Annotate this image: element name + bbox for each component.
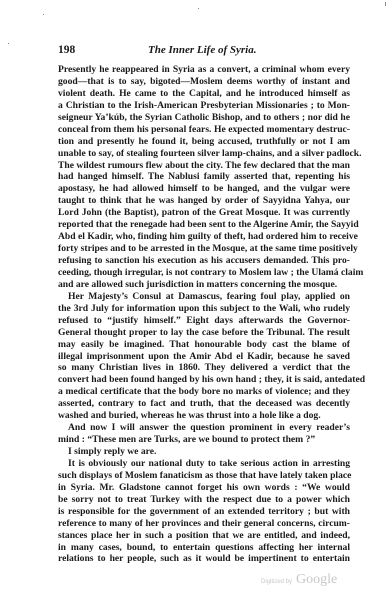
body-text: Presently he reappeared in Syria as a co…: [58, 64, 350, 565]
text-line: taught to think that he was hanged by or…: [58, 195, 350, 207]
text-line: Her Majesty’s Consul at Damascus, fearin…: [58, 291, 350, 303]
text-line: washed and buried, whereas he was thrust…: [58, 410, 350, 422]
text-line: conceal from them his personal fears. He…: [58, 124, 350, 136]
text-line: seigneur Ya’kúb, the Syrian Catholic Bis…: [58, 112, 350, 124]
scan-speck: [198, 8, 199, 9]
text-line: a medical certificate that the body bore…: [58, 386, 350, 398]
scan-speck: [43, 14, 44, 15]
text-line: Abd el Kadir, who, finding him guilty of…: [58, 231, 350, 243]
text-line: violent death. He came to the Capital, a…: [58, 88, 350, 100]
text-line: reported that the renegade had been sent…: [58, 219, 350, 231]
text-line: Presently he reappeared in Syria as a co…: [58, 64, 350, 76]
watermark-brand: Google: [296, 572, 337, 587]
text-line: refused to “justify himself.” Eight days…: [58, 315, 350, 327]
text-line: convert had been found hanged by his own…: [58, 374, 350, 386]
text-line: apostasy, he had allowed himself to be h…: [58, 183, 350, 195]
text-line: asserted, contrary to fact and truth, th…: [58, 398, 350, 410]
page-number: 198: [58, 44, 75, 56]
text-line: I simply reply we are.: [58, 446, 350, 458]
scan-speck: [385, 2, 386, 6]
text-line: Lord John (the Baptist), patron of the G…: [58, 207, 350, 219]
text-line: the 3rd July for information upon this s…: [58, 303, 350, 315]
text-line: illegal imprisonment upon the Amir Abd e…: [58, 351, 350, 363]
text-line: ceeding, though irregular, is not contra…: [58, 267, 350, 279]
text-line: And now I will answer the question promi…: [58, 422, 350, 434]
text-line: is responsible for the government of an …: [58, 506, 350, 518]
watermark-prefix: Digitized by: [261, 579, 292, 585]
scan-speck: [8, 43, 9, 44]
text-line: be sorry not to treat Turkey with the re…: [58, 494, 350, 506]
text-line: unable to say, of stealing fourteen silv…: [58, 148, 350, 160]
text-line: relations to her people, such as it woul…: [58, 553, 350, 565]
text-line: and are allowed such jurisdiction in mat…: [58, 279, 350, 291]
text-line: a Christian to the Irish-American Presby…: [58, 100, 350, 112]
text-line: had hanged himself. The Nablusi family a…: [58, 171, 350, 183]
text-line: may easily be imagined. That honourable …: [58, 339, 350, 351]
text-line: so many Christian lives in 1860. They de…: [58, 362, 350, 374]
text-line: stances place her in such a position tha…: [58, 530, 350, 542]
page-header: 198 The Inner Life of Syria.: [58, 44, 350, 58]
text-line: good—that is to say, bigoted—Moslem deem…: [58, 76, 350, 88]
google-watermark: Digitized by Google: [261, 570, 337, 588]
text-line: The wildest rumours flew about the city.…: [58, 160, 350, 172]
text-line: refusing to sanction his execution as hi…: [58, 255, 350, 267]
text-line: such displays of Moslem fanaticism as th…: [58, 470, 350, 482]
text-line: mind : “These men are Turks, are we boun…: [58, 434, 350, 446]
text-line: forty stripes and to be arrested in the …: [58, 243, 350, 255]
text-line: reference to many of her provinces and t…: [58, 518, 350, 530]
text-line: in many cases, bound, to entertain quest…: [58, 542, 350, 554]
text-line: It is obviously our national duty to tak…: [58, 458, 350, 470]
running-title: The Inner Life of Syria.: [148, 44, 256, 56]
text-line: in Syria. Mr. Gladstone cannot forget hi…: [58, 482, 350, 494]
text-line: tion and presently he found it, being ac…: [58, 136, 350, 148]
text-line: General thought proper to lay the case b…: [58, 327, 350, 339]
